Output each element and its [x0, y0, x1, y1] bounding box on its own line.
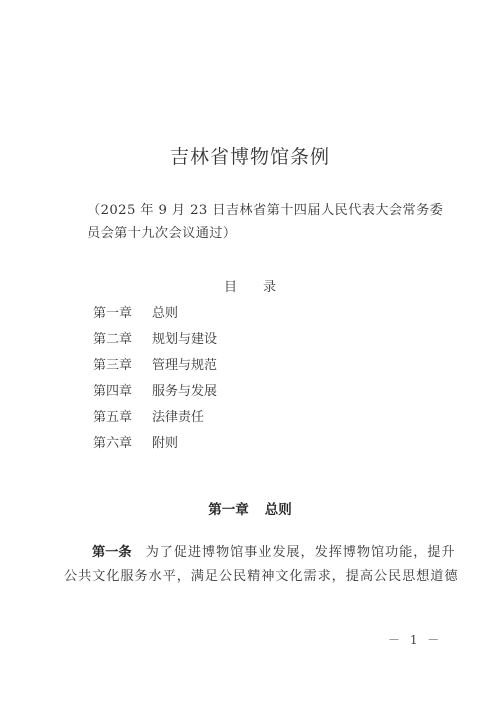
toc-chapter-number: 第五章	[93, 406, 152, 425]
toc-chapter-title: 总则	[152, 302, 178, 321]
chapter-number: 第一章	[208, 502, 249, 518]
article-label: 第一条	[92, 545, 132, 560]
article-line-1: 第一条为了促进博物馆事业发展，发挥博物馆功能，提升	[92, 541, 456, 560]
toc-chapter-title: 规划与建设	[152, 328, 217, 347]
toc-chapter-title: 法律责任	[152, 406, 204, 425]
chapter-heading: 第一章总则	[0, 498, 500, 518]
toc-chapter-title: 附则	[152, 432, 178, 451]
toc-heading-char-2: 录	[263, 276, 276, 295]
toc-chapter-number: 第六章	[93, 432, 152, 451]
toc-chapter-title: 服务与发展	[152, 380, 217, 399]
toc-chapter-number: 第四章	[93, 380, 152, 399]
toc-heading: 目录	[0, 276, 500, 295]
toc-item: 第一章 总则	[93, 302, 178, 321]
adoption-note-line-2: 员会第十九次会议通过）	[87, 222, 236, 241]
toc-item: 第二章 规划与建设	[93, 328, 217, 347]
document-title: 吉林省博物馆条例	[0, 142, 500, 169]
article-text-1: 为了促进博物馆事业发展，发挥博物馆功能，提升	[146, 545, 456, 560]
page-number: － 1 －	[388, 631, 442, 648]
toc-item: 第六章 附则	[93, 432, 178, 451]
article-line-2: 公共文化服务水平，满足公民精神文化需求，提高公民思想道德	[64, 565, 458, 584]
chapter-title: 总则	[265, 502, 292, 518]
adoption-note-line-1: （2025 年 9 月 23 日吉林省第十四届人民代表大会常务委	[87, 199, 443, 218]
toc-chapter-number: 第三章	[93, 354, 152, 373]
toc-heading-char-1: 目	[224, 276, 237, 295]
toc-chapter-number: 第一章	[93, 302, 152, 321]
toc-item: 第五章 法律责任	[93, 406, 204, 425]
toc-item: 第四章 服务与发展	[93, 380, 217, 399]
toc-chapter-number: 第二章	[93, 328, 152, 347]
toc-item: 第三章 管理与规范	[93, 354, 217, 373]
toc-chapter-title: 管理与规范	[152, 354, 217, 373]
